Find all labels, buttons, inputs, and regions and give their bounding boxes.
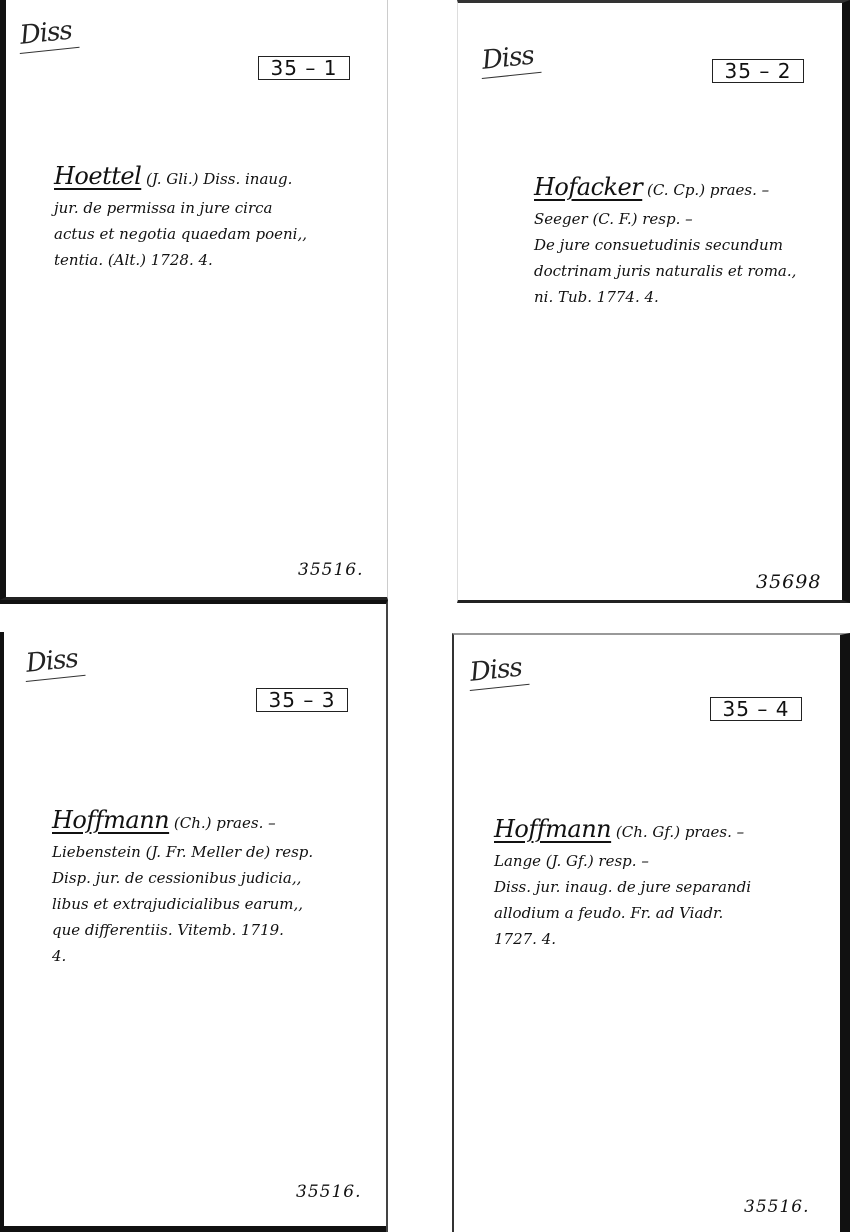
entry-line: 4.	[52, 943, 313, 969]
entry-line: Disp. jur. de cessionibus judicia,,	[52, 865, 313, 891]
catalog-card-35-4: Diss 35 – 4 Hoffmann (Ch. Gf.) praes. – …	[452, 633, 850, 1232]
author-name: Hoettel	[54, 162, 141, 190]
catalog-entry: Hoettel (J. Gli.) Diss. inaug. jur. de p…	[54, 160, 307, 273]
catalog-entry: Hoffmann (Ch. Gf.) praes. – Lange (J. Gf…	[494, 813, 751, 952]
entry-line: Hoettel (J. Gli.) Diss. inaug.	[54, 160, 307, 195]
catalog-card-35-3: Diss 35 – 3 Hoffmann (Ch.) praes. – Lieb…	[0, 600, 388, 1232]
author-name: Hoffmann	[52, 806, 169, 834]
entry-line: De jure consuetudinis secundum	[534, 232, 796, 258]
author-name: Hoffmann	[494, 815, 611, 843]
card-heading: Diss	[22, 643, 85, 682]
catalog-card-35-2: Diss 35 – 2 Hofacker (C. Cp.) praes. – S…	[457, 0, 850, 603]
entry-line: Hofacker (C. Cp.) praes. –	[534, 171, 796, 206]
entry-line: Lange (J. Gf.) resp. –	[494, 848, 751, 874]
entry-line: que differentiis. Vitemb. 1719.	[52, 917, 313, 943]
card-edge	[0, 632, 4, 1232]
entry-line: Hoffmann (Ch. Gf.) praes. –	[494, 813, 751, 848]
card-heading: Diss	[466, 652, 529, 691]
card-heading: Diss	[16, 15, 79, 54]
author-name: Hofacker	[534, 173, 642, 201]
entry-line: allodium a feudo. Fr. ad Viadr.	[494, 900, 751, 926]
entry-line: ni. Tub. 1774. 4.	[534, 284, 796, 310]
entry-line: tentia. (Alt.) 1728. 4.	[54, 247, 307, 273]
call-number: 35 – 1	[258, 56, 350, 80]
catalog-card-35-1: Diss 35 – 1 Hoettel (J. Gli.) Diss. inau…	[0, 0, 388, 600]
entry-line: doctrinam juris naturalis et roma.,	[534, 258, 796, 284]
entry-line: Hoffmann (Ch.) praes. –	[52, 804, 313, 839]
entry-line: libus et extrajudicialibus earum,,	[52, 891, 313, 917]
card-heading: Diss	[478, 40, 541, 79]
entry-line: Seeger (C. F.) resp. –	[534, 206, 796, 232]
accession-number: 35516.	[296, 1182, 361, 1202]
card-edge	[0, 1226, 386, 1232]
accession-number: 35516.	[298, 560, 363, 580]
catalog-entry: Hofacker (C. Cp.) praes. – Seeger (C. F.…	[534, 171, 796, 310]
entry-line: actus et negotia quaedam poeni,,	[54, 221, 307, 247]
call-number: 35 – 2	[712, 59, 804, 83]
entry-line: Liebenstein (J. Fr. Meller de) resp.	[52, 839, 313, 865]
call-number: 35 – 3	[256, 688, 348, 712]
accession-number: 35698	[756, 571, 821, 593]
entry-line: 1727. 4.	[494, 926, 751, 952]
entry-line: Diss. jur. inaug. de jure separandi	[494, 874, 751, 900]
catalog-entry: Hoffmann (Ch.) praes. – Liebenstein (J. …	[52, 804, 313, 969]
call-number: 35 – 4	[710, 697, 802, 721]
entry-line: jur. de permissa in jure circa	[54, 195, 307, 221]
accession-number: 35516.	[744, 1197, 809, 1217]
